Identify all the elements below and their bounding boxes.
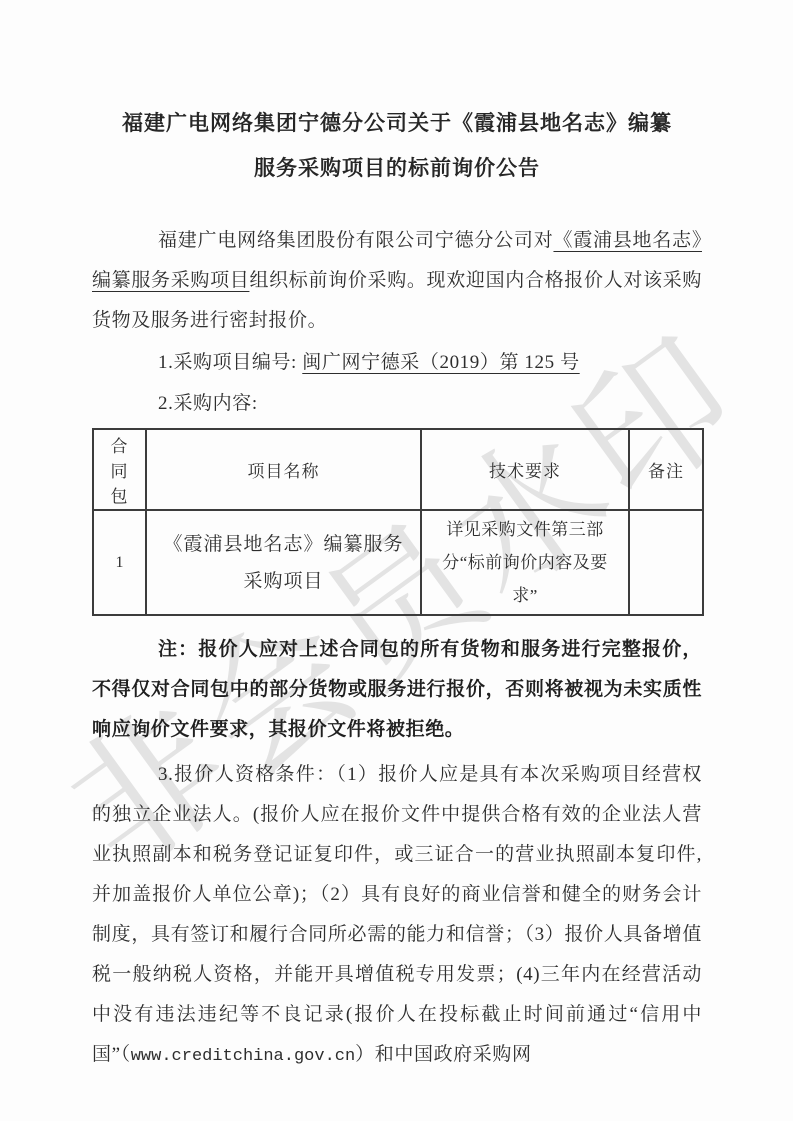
table-header-technical-requirements: 技术要求 xyxy=(421,429,629,510)
qualification-paragraph: 3.报价人资格条件：（1）报价人应是具有本次采购项目经营权的独立企业法人。(报价… xyxy=(92,755,702,1077)
document-page: 非会员水印 福建广电网络集团宁德分公司关于《霞浦县地名志》编纂 服务采购项目的标… xyxy=(0,0,793,1121)
item-project-number: 1.采购项目编号: 闽广网宁德采（2019）第 125 号 xyxy=(92,343,702,382)
table-row: 1 《霞浦县地名志》编纂服务采购项目 详见采购文件第三部分“标前询价内容及要求” xyxy=(93,510,703,615)
item2-label: 2.采购内容: xyxy=(158,393,258,414)
table-header-row: 合同包 项目名称 技术要求 备注 xyxy=(93,429,703,510)
table-header-remarks: 备注 xyxy=(629,429,703,510)
qualification-text-after: ）和中国政府采购网 xyxy=(355,1044,531,1065)
qualification-text: 3.报价人资格条件：（1）报价人应是具有本次采购项目经营权的独立企业法人。(报价… xyxy=(92,764,702,1065)
procurement-table: 合同包 项目名称 技术要求 备注 1 《霞浦县地名志》编纂服务采购项目 详见采购… xyxy=(92,428,704,616)
title-line-1: 福建广电网络集团宁德分公司关于《霞浦县地名志》编纂 xyxy=(92,101,702,146)
document-content: 福建广电网络集团宁德分公司关于《霞浦县地名志》编纂 服务采购项目的标前询价公告 … xyxy=(92,0,702,1077)
note-paragraph: 注：报价人应对上述合同包的所有货物和服务进行完整报价，不得仅对合同包中的部分货物… xyxy=(92,630,702,750)
table-header-project-name: 项目名称 xyxy=(146,429,421,510)
table-cell-project-name: 《霞浦县地名志》编纂服务采购项目 xyxy=(146,510,421,615)
title-line-2: 服务采购项目的标前询价公告 xyxy=(92,146,702,191)
creditchina-url: www.creditchina.gov.cn xyxy=(131,1047,355,1066)
table-cell-remarks xyxy=(629,510,703,615)
item-procurement-content: 2.采购内容: xyxy=(92,384,702,423)
intro-paragraph: 福建广电网络集团股份有限公司宁德分公司对《霞浦县地名志》编纂服务采购项目组织标前… xyxy=(92,221,702,341)
item1-label: 1.采购项目编号: xyxy=(158,352,302,373)
document-title: 福建广电网络集团宁德分公司关于《霞浦县地名志》编纂 服务采购项目的标前询价公告 xyxy=(92,101,702,191)
table-cell-technical-requirements: 详见采购文件第三部分“标前询价内容及要求” xyxy=(421,510,629,615)
item1-value-underlined: 闽广网宁德采（2019）第 125 号 xyxy=(302,352,579,373)
table-cell-package: 1 xyxy=(93,510,146,615)
intro-text-before: 福建广电网络集团股份有限公司宁德分公司对 xyxy=(158,230,553,251)
table-header-package: 合同包 xyxy=(93,429,146,510)
